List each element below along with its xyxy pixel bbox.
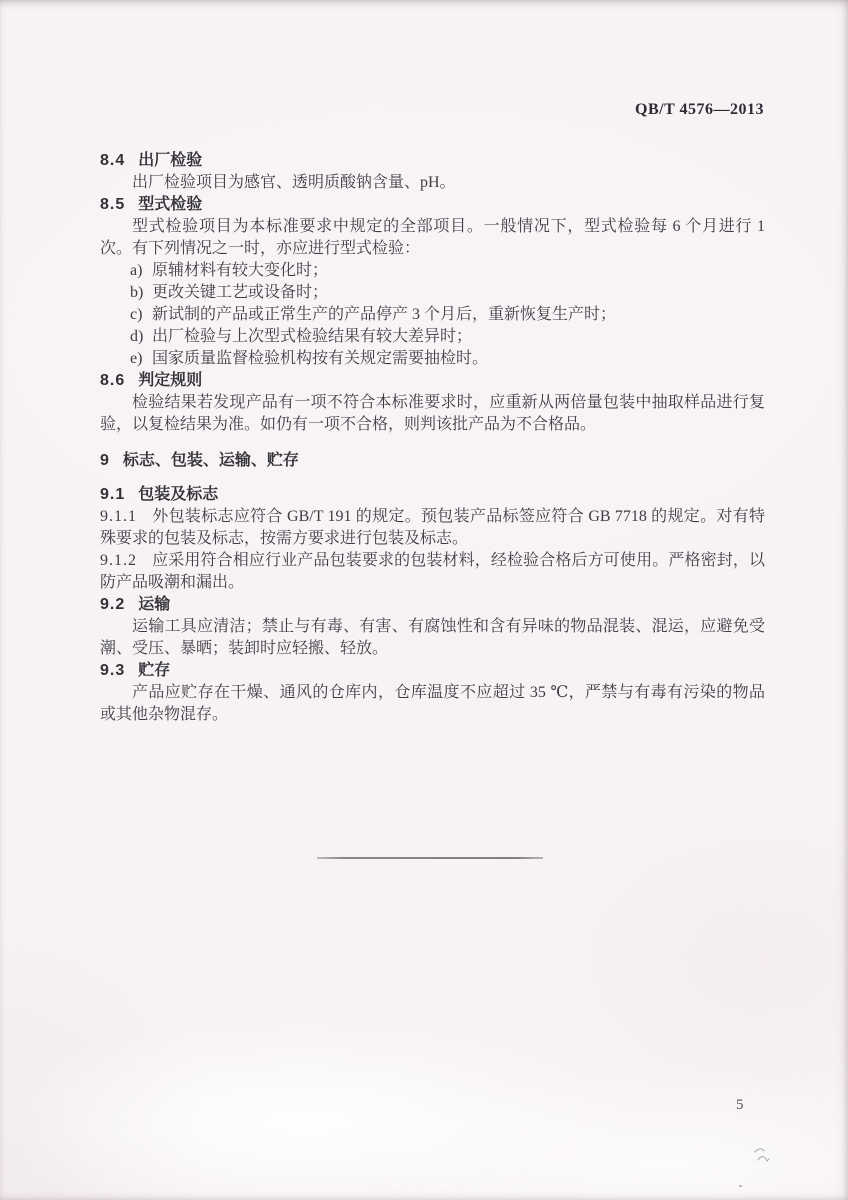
list-item-text: 出厂检验与上次型式检验结果有较大差异时； [152, 328, 472, 345]
paragraph-9-2: 运输工具应清洁；禁止与有毒、有害、有腐蚀性和含有异味的物品混装、混运，应避免受潮… [100, 616, 765, 660]
clause-text: 外包装标志应符合 GB/T 191 的规定。预包装产品标签应符合 GB 7718… [100, 508, 765, 547]
heading-9: 9标志、包装、运输、贮存 [100, 450, 765, 472]
section-number: 9.1 [100, 486, 125, 503]
clause-number: 9.1.1 [100, 508, 137, 525]
section-number: 9.2 [100, 596, 125, 613]
list-marker: e) [130, 348, 152, 370]
section-number: 8.4 [100, 152, 125, 169]
paragraph-8-5-intro: 型式检验项目为本标准要求中规定的全部项目。一般情况下，型式检验每 6 个月进行 … [100, 216, 765, 260]
clause-9-1-1: 9.1.1外包装标志应符合 GB/T 191 的规定。预包装产品标签应符合 GB… [100, 506, 765, 550]
section-title: 包装及标志 [138, 486, 218, 503]
section-title: 贮存 [138, 662, 170, 679]
document-body: 8.4出厂检验 出厂检验项目为感官、透明质酸钠含量、pH。 8.5型式检验 型式… [100, 150, 765, 726]
paragraph-9-3: 产品应贮存在干燥、通风的仓库内，仓库温度不应超过 35 ℃，严禁与有毒有污染的物… [100, 682, 765, 726]
list-item-text: 更改关键工艺或设备时； [152, 284, 328, 301]
section-title: 型式检验 [138, 196, 202, 213]
list-item-b: b)更改关键工艺或设备时； [100, 282, 765, 304]
clause-9-1-2: 9.1.2应采用符合相应行业产品包装要求的包装材料，经检验合格后方可使用。严格密… [100, 550, 765, 594]
list-item-a: a)原辅材料有较大变化时； [100, 260, 765, 282]
list-item-text: 原辅材料有较大变化时； [152, 262, 328, 279]
list-item-e: e)国家质量监督检验机构按有关规定需要抽检时。 [100, 348, 765, 370]
section-number: 8.6 [100, 372, 125, 389]
pencil-mark [751, 1144, 775, 1168]
end-of-document-rule [317, 857, 543, 859]
section-number: 8.5 [100, 196, 125, 213]
heading-8-4: 8.4出厂检验 [100, 150, 765, 172]
list-item-c: c)新试制的产品或正常生产的产品停产 3 个月后，重新恢复生产时； [100, 304, 765, 326]
section-title: 运输 [138, 596, 170, 613]
list-marker: a) [130, 260, 152, 282]
heading-8-6: 8.6判定规则 [100, 370, 765, 392]
type-inspection-conditions-list: a)原辅材料有较大变化时； b)更改关键工艺或设备时； c)新试制的产品或正常生… [100, 260, 765, 370]
heading-8-5: 8.5型式检验 [100, 194, 765, 216]
clause-number: 9.1.2 [100, 552, 137, 569]
list-marker: d) [130, 326, 152, 348]
paper-speck [739, 1185, 742, 1187]
list-item-text: 新试制的产品或正常生产的产品停产 3 个月后，重新恢复生产时； [152, 306, 616, 323]
chapter-title: 标志、包装、运输、贮存 [123, 452, 299, 469]
heading-9-2: 9.2运输 [100, 594, 765, 616]
running-header-standard-number: QB/T 4576—2013 [635, 101, 764, 119]
page-number: 5 [736, 1097, 744, 1114]
chapter-number: 9 [100, 452, 110, 469]
list-marker: c) [130, 304, 152, 326]
list-item-d: d)出厂检验与上次型式检验结果有较大差异时； [100, 326, 765, 348]
list-marker: b) [130, 282, 152, 304]
scanned-document-page: QB/T 4576—2013 8.4出厂检验 出厂检验项目为感官、透明质酸钠含量… [0, 0, 848, 1200]
section-title: 出厂检验 [138, 152, 202, 169]
section-number: 9.3 [100, 662, 125, 679]
clause-text: 应采用符合相应行业产品包装要求的包装材料，经检验合格后方可使用。严格密封，以防产… [100, 552, 765, 591]
heading-9-3: 9.3贮存 [100, 660, 765, 682]
heading-9-1: 9.1包装及标志 [100, 484, 765, 506]
section-title: 判定规则 [138, 372, 202, 389]
list-item-text: 国家质量监督检验机构按有关规定需要抽检时。 [152, 350, 488, 367]
paragraph-8-6: 检验结果若发现产品有一项不符合本标准要求时，应重新从两倍量包装中抽取样品进行复验… [100, 392, 765, 436]
paragraph-8-4: 出厂检验项目为感官、透明质酸钠含量、pH。 [100, 172, 765, 194]
